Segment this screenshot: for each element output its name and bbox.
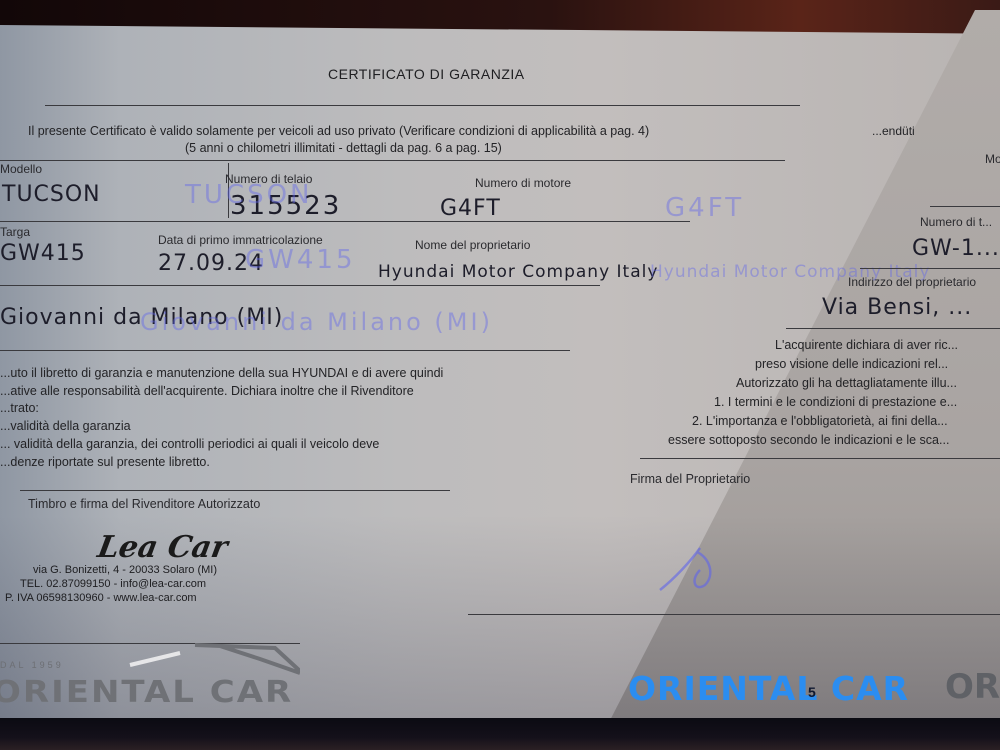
owner-label: Nome del proprietario [415, 238, 530, 252]
watermark-since: DAL 1959 [0, 660, 64, 670]
declaration-line-6: ...denze riportate sul presente libretto… [0, 455, 210, 469]
dealer-contacts: TEL. 02.87099150 - info@lea-car.com [20, 578, 206, 590]
validity-note-line-1: Il presente Certificato è valido solamen… [28, 124, 649, 138]
page-number: 5 [808, 684, 816, 700]
right-declaration-line-6: essere sottoposto secondo le indicazioni… [668, 433, 949, 447]
right-declaration-line-4: 1. I termini e le condizioni di prestazi… [714, 395, 957, 409]
right-address-label: Indirizzo del proprietario [848, 275, 976, 289]
plate-label: Targa [0, 225, 30, 239]
ghost-address-imprint: Giovanni da Milano (MI) [140, 308, 493, 336]
right-model-label: Mo... [985, 152, 1000, 166]
right-declaration-line-2: preso visione delle indicazioni rel... [755, 357, 948, 371]
right-declaration-line-3: Autorizzato gli ha dettagliatamente illu… [736, 376, 957, 390]
divider [20, 490, 450, 491]
owner-signature [655, 540, 725, 595]
watermark-brand-grey: ORIENTAL CAR [0, 674, 293, 710]
divider [45, 105, 800, 106]
owner-value: Hyundai Motor Company Italy [378, 262, 658, 282]
plate-value: GW415 [0, 241, 86, 266]
right-number-value: GW-1... [912, 236, 1000, 261]
dealer-stamp-label: Timbro e firma del Rivenditore Autorizza… [28, 497, 260, 511]
engine-label: Numero di motore [475, 176, 571, 190]
divider [860, 268, 1000, 269]
right-address-value: Via Bensi, ... [822, 295, 972, 320]
model-label: Modello [0, 162, 42, 176]
validity-note-line-2: (5 anni o chilometri illimitati - dettag… [185, 141, 502, 155]
certificate-title: CERTIFICATO DI GARANZIA [328, 66, 525, 82]
right-header-fragment: ...endüti [872, 124, 915, 138]
ghost-engine-imprint: G4FT [665, 193, 744, 223]
declaration-line-4: ...validità della garanzia [0, 419, 131, 433]
watermark-brand-blue: ORIENTAL CAR [628, 669, 909, 708]
divider [468, 614, 1000, 615]
declaration-line-2: ...ative alle responsabilità dell'acquir… [0, 384, 414, 398]
engine-value: G4FT [440, 196, 501, 221]
right-declaration-line-5: 2. L'importanza e l'obbligatorietà, ai f… [692, 414, 948, 428]
watermark-brand-fragment: OR [945, 667, 1000, 707]
declaration-line-3: ...trato: [0, 401, 39, 415]
dealer-logo: Lea Car [95, 530, 230, 565]
declaration-line-1: ...uto il libretto di garanzia e manuten… [0, 366, 443, 380]
ghost-plate-imprint: GW415 [245, 245, 355, 275]
dealer-vat: P. IVA 06598130960 - www.lea-car.com [5, 592, 197, 604]
right-declaration-line-1: L'acquirente dichiara di aver ric... [775, 338, 958, 352]
ghost-model-imprint: TUCSON [185, 180, 312, 210]
divider [0, 160, 785, 161]
divider [0, 350, 570, 351]
dealer-address: via G. Bonizetti, 4 - 20033 Solaro (MI) [33, 564, 217, 576]
declaration-line-5: ... validità della garanzia, dei control… [0, 437, 379, 451]
divider [0, 221, 690, 222]
table-edge [0, 718, 1000, 750]
model-value: TUCSON [2, 182, 101, 207]
divider [640, 458, 1000, 459]
divider [930, 206, 1000, 207]
right-number-label: Numero di t... [920, 215, 992, 229]
divider [0, 285, 600, 286]
owner-signature-label: Firma del Proprietario [630, 472, 750, 486]
divider [786, 328, 1000, 329]
